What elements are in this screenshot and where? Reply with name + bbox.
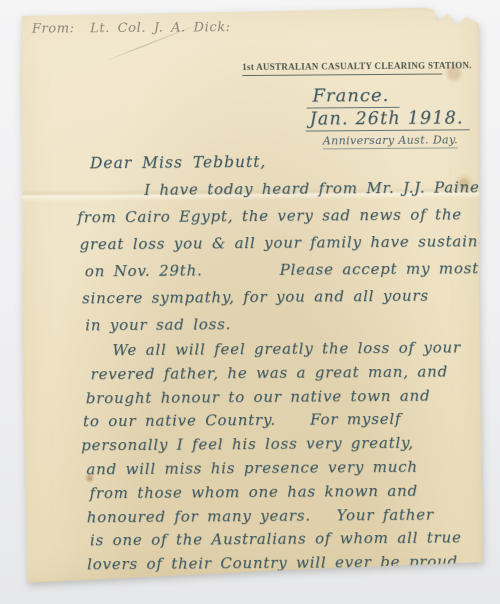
- letter-line: brought honour to our native town and: [86, 386, 482, 413]
- salutation: Dear Miss Tebbutt,: [90, 153, 267, 172]
- sender-pencil-note: From: Lt. Col. J. A. Dick:: [32, 20, 231, 37]
- letter-line: We all will feel greatly the loss of you…: [112, 338, 481, 365]
- letter-line: and will miss his presence very much: [86, 457, 482, 484]
- letter-line: to our native Country. For myself: [83, 410, 482, 437]
- letter-line: sincere sympathy, for you and all yours: [82, 286, 481, 316]
- letter-line: is one of the Australians of whom all tr…: [90, 529, 483, 556]
- letter-line: I have today heard from Mr. J.J. Paine: [144, 178, 480, 208]
- letter-line: on Nov. 29th. Please accept my most: [85, 259, 481, 289]
- letter-line: great loss you & all your family have su…: [80, 232, 481, 262]
- letter-line: personally I feel his loss very greatly,: [81, 433, 482, 460]
- letter-paper-wrapper: From: Lt. Col. J. A. Dick: 1st AUSTRALIA…: [19, 7, 483, 583]
- letter-line: revered father, he was a great man, and: [91, 362, 482, 389]
- letter-line: lovers of their Country will ever be pro…: [87, 552, 483, 579]
- letter-line: from those whom one has known and: [89, 481, 482, 508]
- letter-line: from Cairo Egypt, the very sad news of t…: [77, 205, 480, 235]
- paragraph-1: I have today heard from Mr. J.J. Paine f…: [20, 178, 481, 344]
- dateline-anniversary-note: Anniversary Aust. Day.: [323, 133, 458, 149]
- letter-line: honoured for many years. Your father: [87, 505, 483, 532]
- dateline-date: Jan. 26th 1918.: [306, 108, 470, 131]
- paragraph-2: We all will feel greatly the loss of you…: [21, 338, 483, 580]
- scanned-letter-photo: { "annotations": { "from_note": "From: L…: [0, 0, 500, 604]
- dateline-place: France.: [306, 85, 399, 109]
- letter-paper: From: Lt. Col. J. A. Dick: 1st AUSTRALIA…: [19, 7, 483, 583]
- letterhead-unit-name: 1st AUSTRALIAN CASUALTY CLEARING STATION…: [242, 60, 442, 75]
- corner-initials-mark: H. w: [429, 562, 462, 578]
